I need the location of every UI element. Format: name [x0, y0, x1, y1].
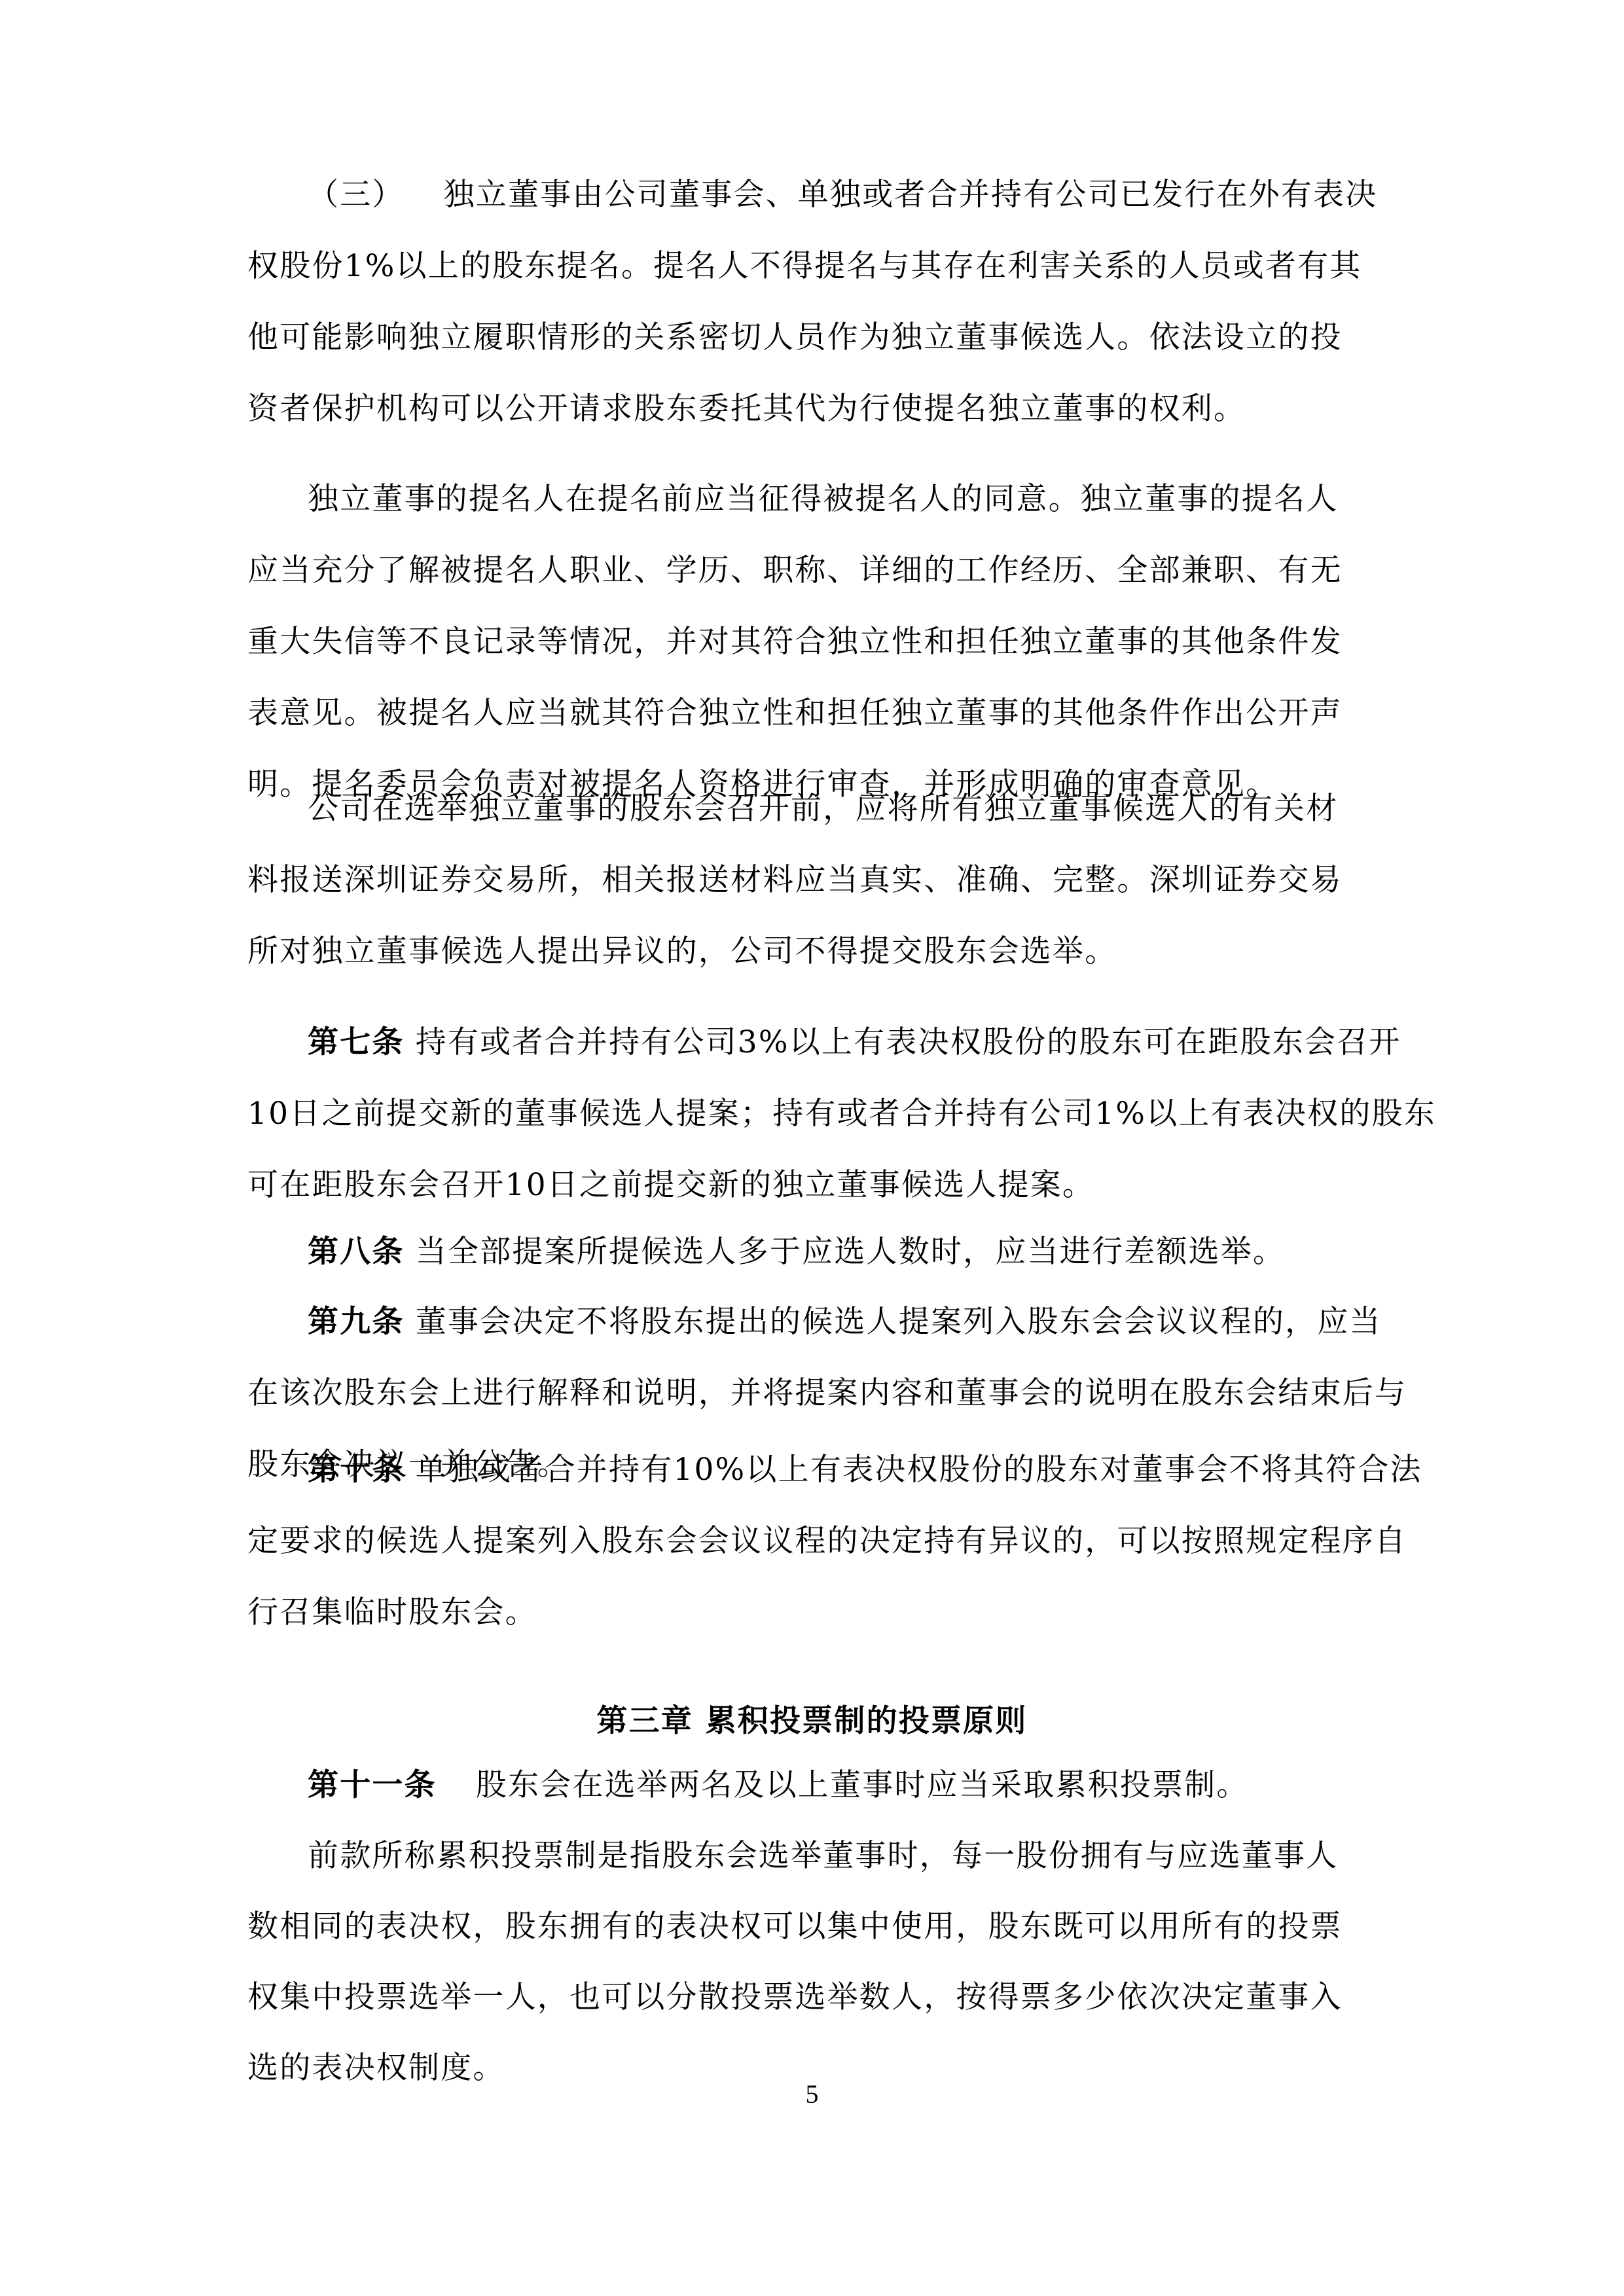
page-number: 5 [0, 2075, 1624, 2114]
article-label: 第十一条 [308, 1767, 437, 1803]
paragraph-line: 权股份1%以上的股东提名。提名人不得提名与其存在利害关系的人员或者有其 [247, 247, 1386, 286]
article-label: 第八条 [308, 1234, 405, 1270]
paragraph-line: 独立董事的提名人在提名前应当征得被提名人的同意。独立董事的提名人 [308, 480, 1447, 519]
paragraph-line: 前款所称累积投票制是指股东会选举董事时，每一股份拥有与应选董事人 [308, 1837, 1447, 1876]
paragraph-line: 公司在选举独立董事的股东会召开前，应将所有独立董事候选人的有关材 [308, 789, 1447, 829]
article-label: 第九条 [308, 1304, 405, 1340]
paragraph-line: 第七条 持有或者合并持有公司3%以上有表决权股份的股东可在距股东会召开 [308, 1023, 1447, 1062]
paragraph-line: 行召集临时股东会。 [247, 1593, 1386, 1632]
paragraph-line: 第十条 单独或者合并持有10%以上有表决权股份的股东对董事会不将其符合法 [308, 1450, 1447, 1490]
paragraph-line: 可在距股东会召开10日之前提交新的独立董事候选人提案。 [247, 1166, 1386, 1205]
paragraph-line: 定要求的候选人提案列入股东会会议议程的决定持有异议的，可以按照规定程序自 [247, 1522, 1386, 1561]
paragraph-line: 所对独立董事候选人提出异议的，公司不得提交股东会选举。 [247, 932, 1386, 971]
paragraph-line: 资者保护机构可以公开请求股东委托其代为行使提名独立董事的权利。 [247, 389, 1386, 429]
paragraph-line: 10日之前提交新的董事候选人提案；持有或者合并持有公司1%以上有表决权的股东 [247, 1094, 1386, 1134]
paragraph-line: 第八条 当全部提案所提候选人多于应选人数时，应当进行差额选举。 [308, 1232, 1447, 1272]
paragraph-line: 在该次股东会上进行解释和说明，并将提案内容和董事会的说明在股东会结束后与 [247, 1374, 1386, 1413]
article-label: 第七条 [308, 1024, 405, 1060]
paragraph-line: 数相同的表决权，股东拥有的表决权可以集中使用，股东既可以用所有的投票 [247, 1907, 1386, 1946]
article-label: 第十条 [308, 1452, 405, 1488]
document-page: （三）独立董事由公司董事会、单独或者合并持有公司已发行在外有表决 权股份1%以上… [0, 0, 1624, 2296]
paragraph-line: 重大失信等不良记录等情况，并对其符合独立性和担任独立董事的其他条件发 [247, 622, 1386, 662]
paragraph-line: 料报送深圳证券交易所，相关报送材料应当真实、准确、完整。深圳证券交易 [247, 861, 1386, 900]
chapter-heading: 第三章 累积投票制的投票原则 [0, 1702, 1624, 1741]
paragraph-line: 应当充分了解被提名人职业、学历、职称、详细的工作经历、全部兼职、有无 [247, 551, 1386, 590]
paragraph-line: 表意见。被提名人应当就其符合独立性和担任独立董事的其他条件作出公开声 [247, 694, 1386, 733]
paragraph-line: 他可能影响独立履职情形的关系密切人员作为独立董事候选人。依法设立的投 [247, 318, 1386, 357]
paragraph-line: 第九条 董事会决定不将股东提出的候选人提案列入股东会会议议程的，应当 [308, 1302, 1447, 1342]
item-marker: （三） [308, 177, 405, 213]
paragraph-line: 第十一条股东会在选举两名及以上董事时应当采取累积投票制。 [308, 1766, 1447, 1805]
paragraph-line: 权集中投票选举一人，也可以分散投票选举数人，按得票多少依次决定董事入 [247, 1978, 1386, 2017]
paragraph-line: （三）独立董事由公司董事会、单独或者合并持有公司已发行在外有表决 [308, 175, 1447, 215]
